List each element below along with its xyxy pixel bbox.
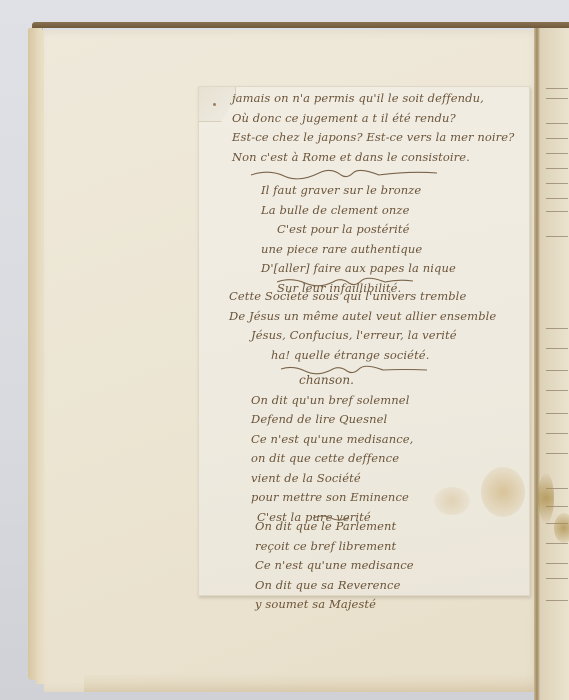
verse-line: y soumet sa Majesté <box>199 595 529 615</box>
folded-corner <box>199 87 236 122</box>
verse-line: reçoit ce bref librement <box>199 537 529 557</box>
verse-line: Defend de lire Quesnel <box>199 410 529 430</box>
chanson-verse-2: On dit que le Parlement reçoit ce bref l… <box>199 517 529 615</box>
verse-line: vient de la Société <box>199 469 529 489</box>
verse-line: Où donc ce jugement a t il été rendu? <box>232 109 529 129</box>
book-top-edge <box>32 22 569 28</box>
stain-right-page <box>554 513 569 543</box>
chanson: chanson. On dit qu'un bref solemnel Defe… <box>199 371 529 527</box>
verse-line: Ce n'est qu'une medisance <box>199 556 529 576</box>
stanza-1: jamais on n'a permis qu'il le soit deffe… <box>232 89 529 167</box>
water-stain-bottom <box>84 674 542 692</box>
book-recto-page-edge <box>540 28 569 700</box>
verse-line: C'est pour la postérité <box>199 220 529 240</box>
verse-line: On dit que le Parlement <box>199 517 529 537</box>
verse-line: On dit que sa Reverence <box>199 576 529 596</box>
verse-line: Cette Societé sous qui l'univers tremble <box>199 287 529 307</box>
verse-line: Ce n'est qu'une medisance, <box>199 430 529 450</box>
verse-line: jamais on n'a permis qu'il le soit deffe… <box>232 89 529 109</box>
verse-line: La bulle de clement onze <box>199 201 529 221</box>
stanza-3: Cette Societé sous qui l'univers tremble… <box>199 287 529 365</box>
stain-right-page <box>538 473 554 523</box>
verse-line: pour mettre son Eminence <box>199 488 529 508</box>
verse-line: De Jésus un même autel veut allier ensem… <box>199 307 529 327</box>
ink-dot <box>213 103 216 106</box>
verse-line: Non c'est à Rome et dans le consistoire. <box>232 148 529 168</box>
manuscript-sheet: jamais on n'a permis qu'il le soit deffe… <box>198 86 530 596</box>
verse-line: Est-ce chez le japons? Est-ce vers la me… <box>232 128 529 148</box>
verse-line: une piece rare authentique <box>199 240 529 260</box>
verse-line: On dit qu'un bref solemnel <box>199 391 529 411</box>
decorative-flourish <box>249 167 439 181</box>
verse-line: Jésus, Confucius, l'erreur, la verité <box>199 326 529 346</box>
verse-line: Il faut graver sur le bronze <box>199 181 529 201</box>
verse-line: on dit que cette deffence <box>199 449 529 469</box>
chanson-title: chanson. <box>199 371 529 391</box>
